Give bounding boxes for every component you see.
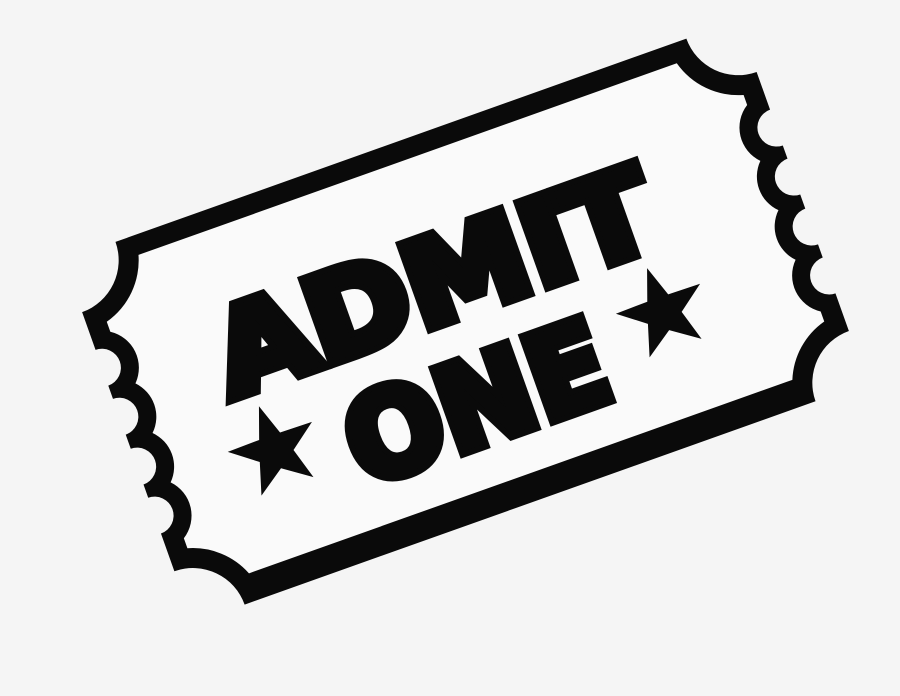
image-canvas: ADMIT ONE [0,0,900,696]
admit-one-ticket-graphic: ADMIT ONE [0,0,900,696]
